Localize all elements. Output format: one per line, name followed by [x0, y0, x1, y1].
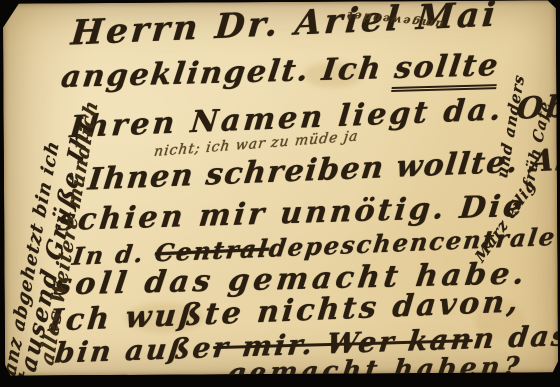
scanned-postcard-image: { "postcard": { "description": "Scanned … [0, 0, 560, 387]
handwriting-line-2-text: angeklingelt. Ich [59, 51, 397, 95]
handwriting-line-10: gemacht haben? [225, 352, 524, 387]
underlined-word-sollte: sollte [392, 48, 502, 92]
postcard-sheet: Herrn Dr. Ariel Mai angeklingelt. Ich so… [3, 0, 558, 375]
handwriting-line-2: angeklingelt. Ich sollte [59, 48, 502, 95]
